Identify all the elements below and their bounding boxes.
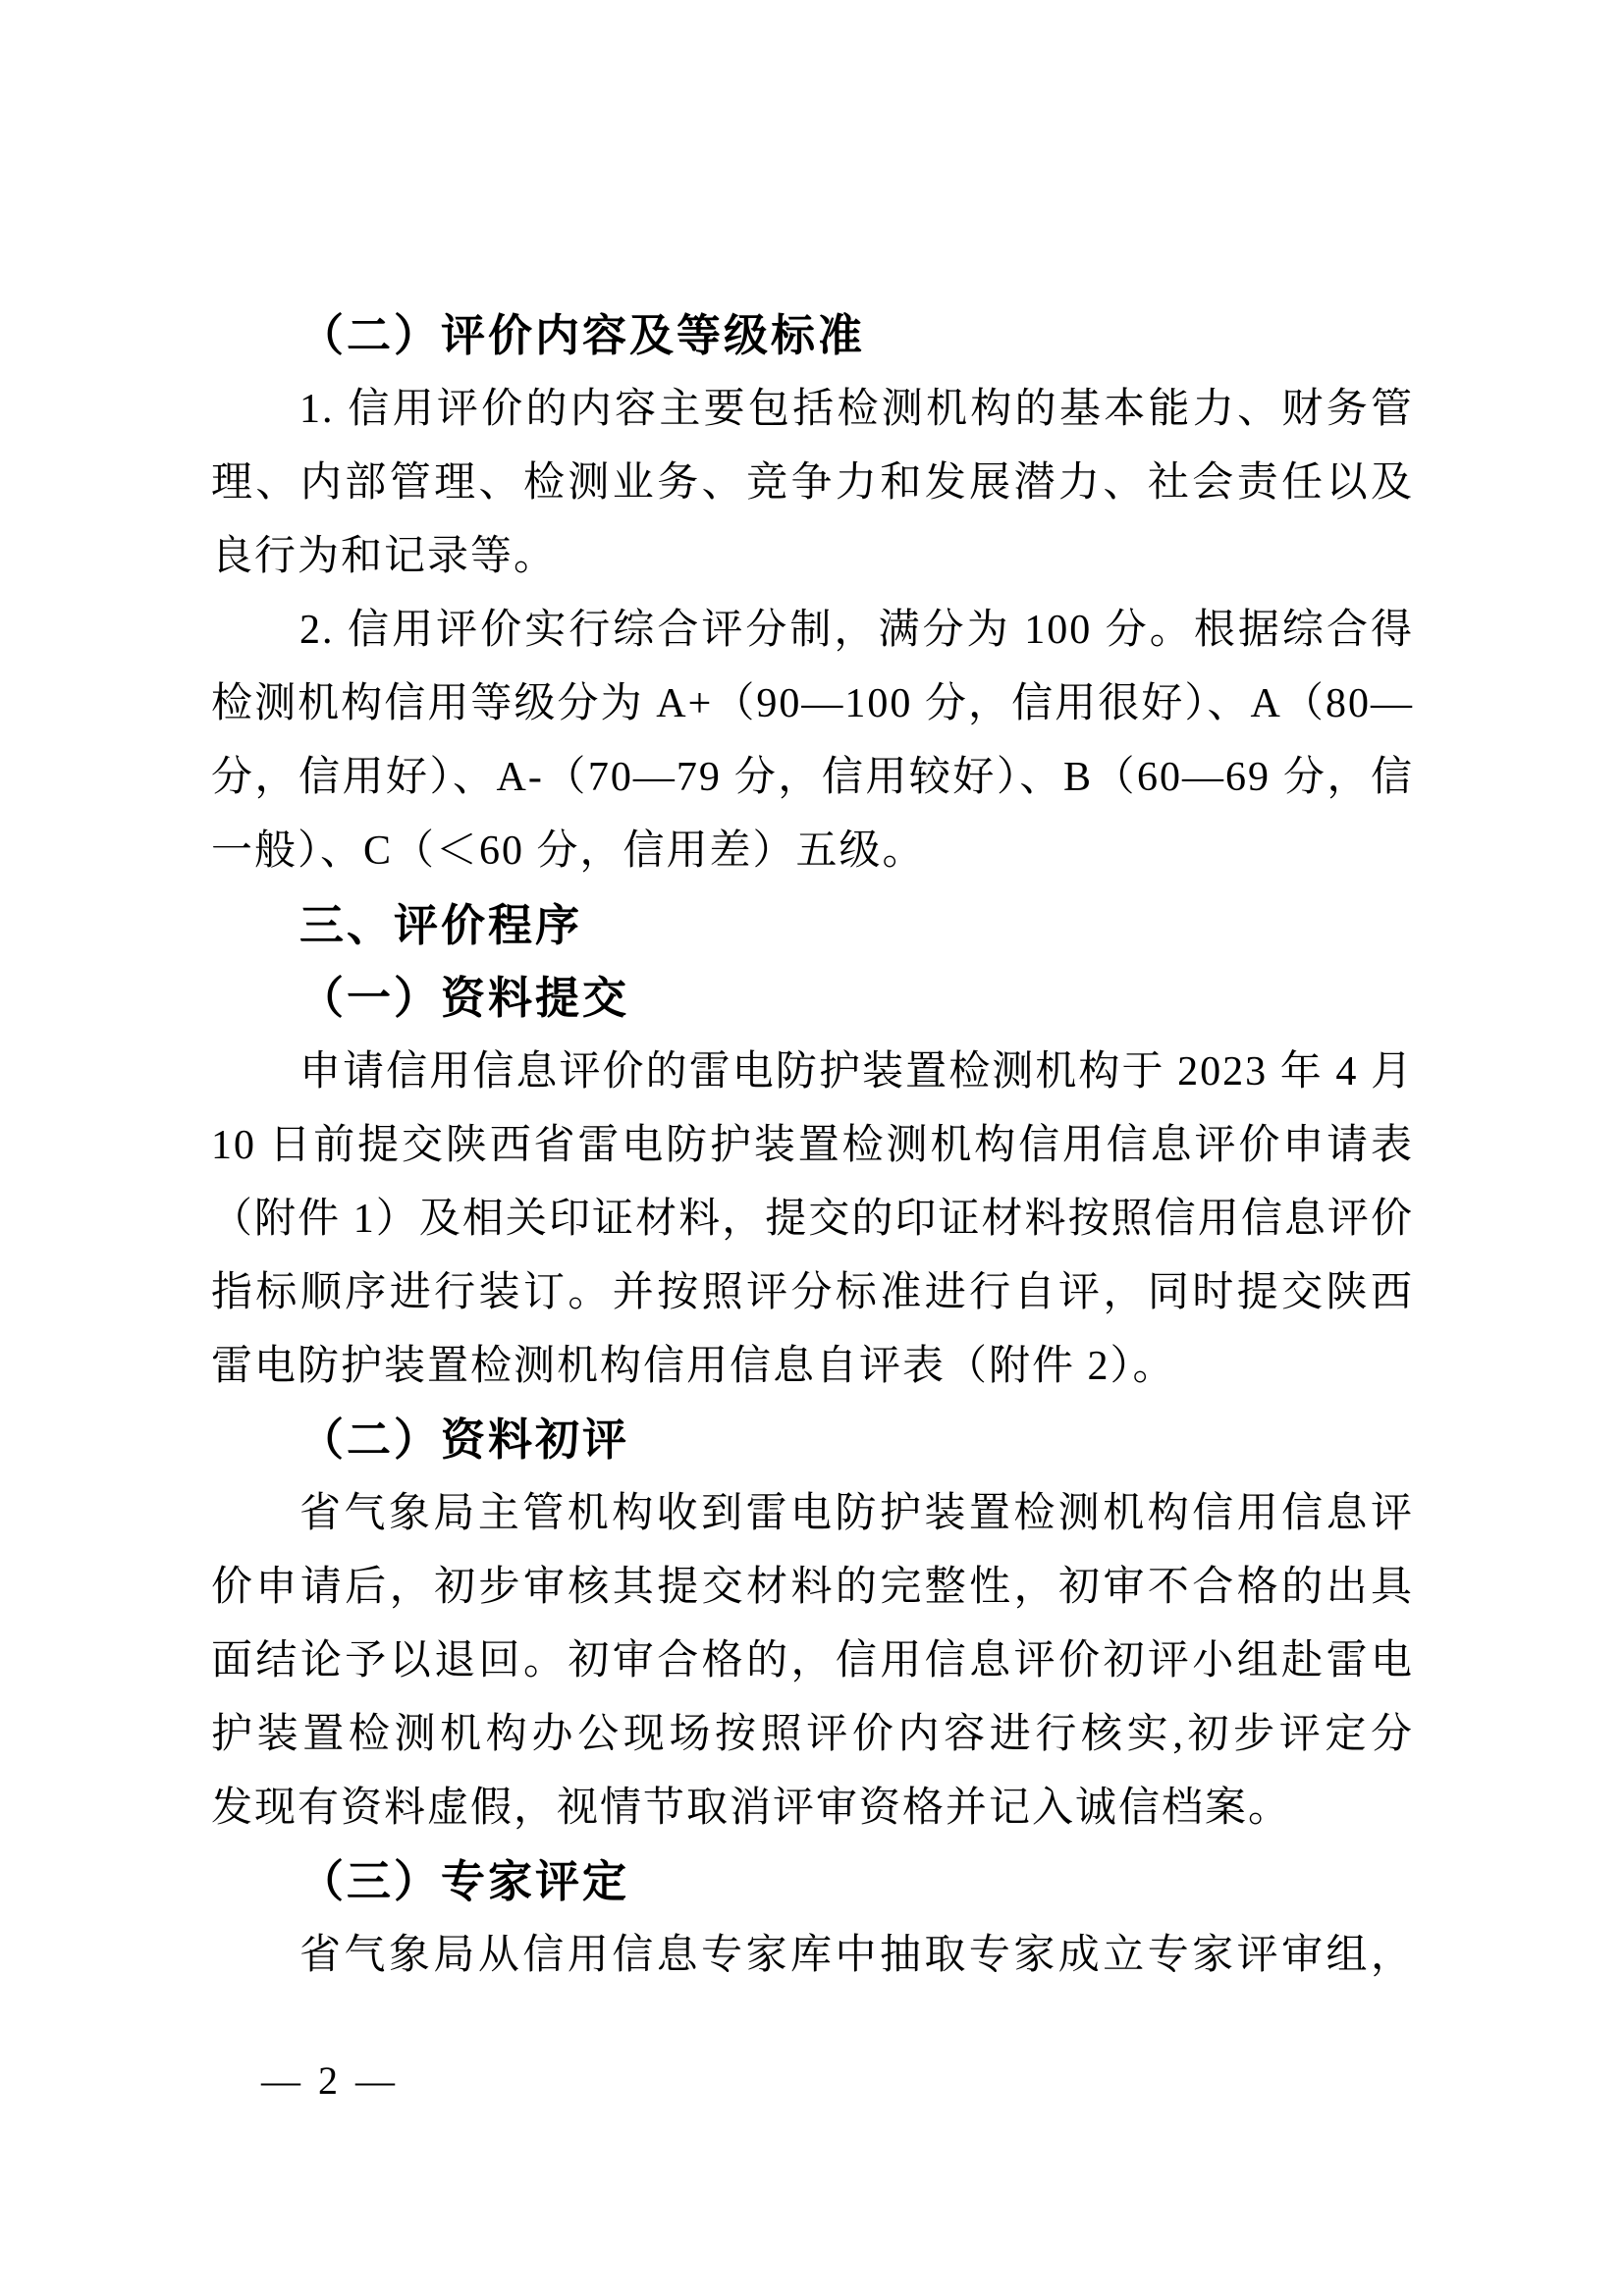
section-heading-content-standards: （二）评价内容及等级标准 (211, 299, 1414, 373)
paragraph-line: 分，信用好）、A-（70—79 分，信用较好）、B（60—69 分，信用 (211, 741, 1414, 815)
paragraph-line: 良行为和记录等。 (211, 520, 1414, 594)
document-page: （二）评价内容及等级标准 1. 信用评价的内容主要包括检测机构的基本能力、财务管… (0, 0, 1624, 2296)
page-number: — 2 — (261, 2057, 399, 2104)
paragraph-line: 价申请后，初步审核其提交材料的完整性，初审不合格的出具书 (211, 1551, 1414, 1625)
paragraph-line: 10 日前提交陕西省雷电防护装置检测机构信用信息评价申请表 (211, 1109, 1414, 1183)
paragraph-line: 指标顺序进行装订。并按照评分标准进行自评，同时提交陕西省 (211, 1256, 1414, 1330)
paragraph-line: 面结论予以退回。初审合格的，信用信息评价初评小组赴雷电防 (211, 1625, 1414, 1698)
paragraph-line: 申请信用信息评价的雷电防护装置检测机构于 2023 年 4 月 (211, 1036, 1414, 1109)
paragraph-line: 雷电防护装置检测机构信用信息自评表（附件 2）。 (211, 1330, 1414, 1404)
paragraph-line: 发现有资料虚假，视情节取消评审资格并记入诚信档案。 (211, 1772, 1414, 1845)
paragraph-line: 省气象局从信用信息专家库中抽取专家成立专家评审组， (211, 1919, 1414, 1993)
chapter-heading-evaluation-procedure: 三、评价程序 (211, 888, 1414, 962)
paragraph-line: 护装置检测机构办公现场按照评价内容进行核实,初步评定分数。 (211, 1698, 1414, 1772)
document-body: （二）评价内容及等级标准 1. 信用评价的内容主要包括检测机构的基本能力、财务管… (211, 299, 1414, 1993)
paragraph-line: 省气象局主管机构收到雷电防护装置检测机构信用信息评 (211, 1477, 1414, 1551)
paragraph-line: 一般）、C（＜60 分，信用差）五级。 (211, 815, 1414, 888)
section-heading-material-submission: （一）资料提交 (211, 962, 1414, 1036)
paragraph-line: 1. 信用评价的内容主要包括检测机构的基本能力、财务管 (211, 373, 1414, 447)
paragraph-line: 检测机构信用等级分为 A+（90—100 分，信用很好）、A（80—89 (211, 667, 1414, 741)
paragraph-line: （附件 1）及相关印证材料，提交的印证材料按照信用信息评价 (211, 1183, 1414, 1256)
section-heading-preliminary-review: （二）资料初评 (211, 1404, 1414, 1477)
paragraph-line: 2. 信用评价实行综合评分制，满分为 100 分。根据综合得分， (211, 594, 1414, 667)
section-heading-expert-evaluation: （三）专家评定 (211, 1845, 1414, 1919)
paragraph-line: 理、内部管理、检测业务、竞争力和发展潜力、社会责任以及不 (211, 447, 1414, 520)
